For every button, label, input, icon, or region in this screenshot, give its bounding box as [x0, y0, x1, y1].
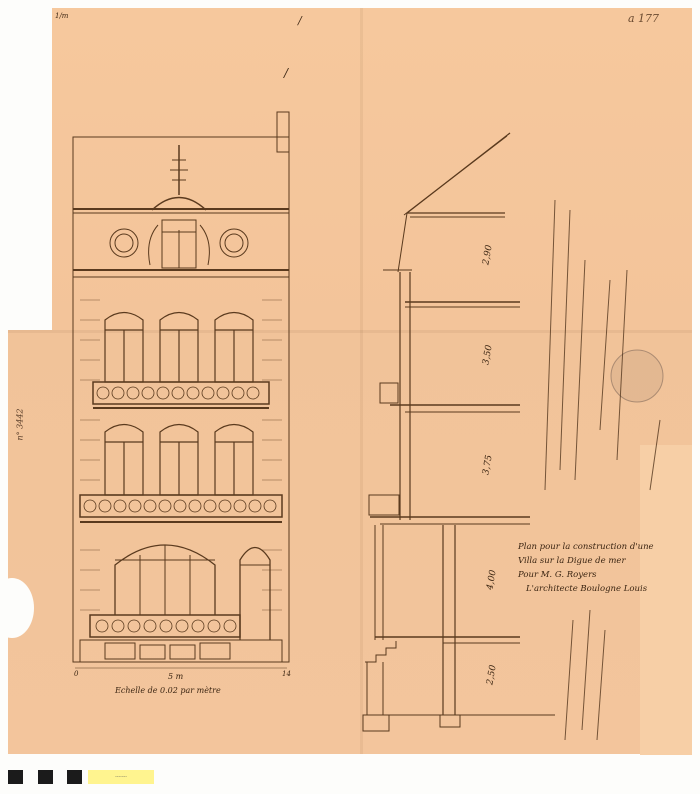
architectural-drawing — [0, 0, 700, 794]
scale-label: 5 m — [168, 672, 183, 681]
facade-elevation — [73, 112, 289, 668]
calibration-swatch-3 — [67, 770, 82, 784]
calibration-swatch-2 — [38, 770, 53, 784]
title-line-3: Pour M. G. Royers — [518, 568, 688, 582]
top-left-mark: 1/m — [55, 12, 68, 20]
title-line-2: Villa sur la Digue de mer — [518, 554, 688, 568]
calibration-swatch-1 — [8, 770, 23, 784]
calibration-strip: ------- — [88, 770, 154, 784]
official-seal-stamp — [611, 350, 663, 402]
vertical-handwritten-notes — [545, 200, 660, 740]
title-line-4: L'architecte Boulogne Louis — [518, 582, 688, 596]
calibration-strip-text: ------- — [88, 770, 154, 784]
building-cross-section — [363, 133, 555, 731]
top-right-number: a 177 — [628, 12, 659, 25]
title-block: Plan pour la construction d'une Villa su… — [518, 540, 688, 596]
scale-start: 0 — [74, 670, 78, 678]
side-inventory-number: n° 3442 — [16, 408, 25, 440]
scale-text: Echelle de 0.02 par mètre — [115, 686, 221, 695]
top-center-mark: / — [298, 14, 302, 27]
scale-end: 14 — [282, 670, 291, 678]
title-line-1: Plan pour la construction d'une — [518, 540, 688, 554]
elevation-mark: / — [284, 66, 288, 80]
